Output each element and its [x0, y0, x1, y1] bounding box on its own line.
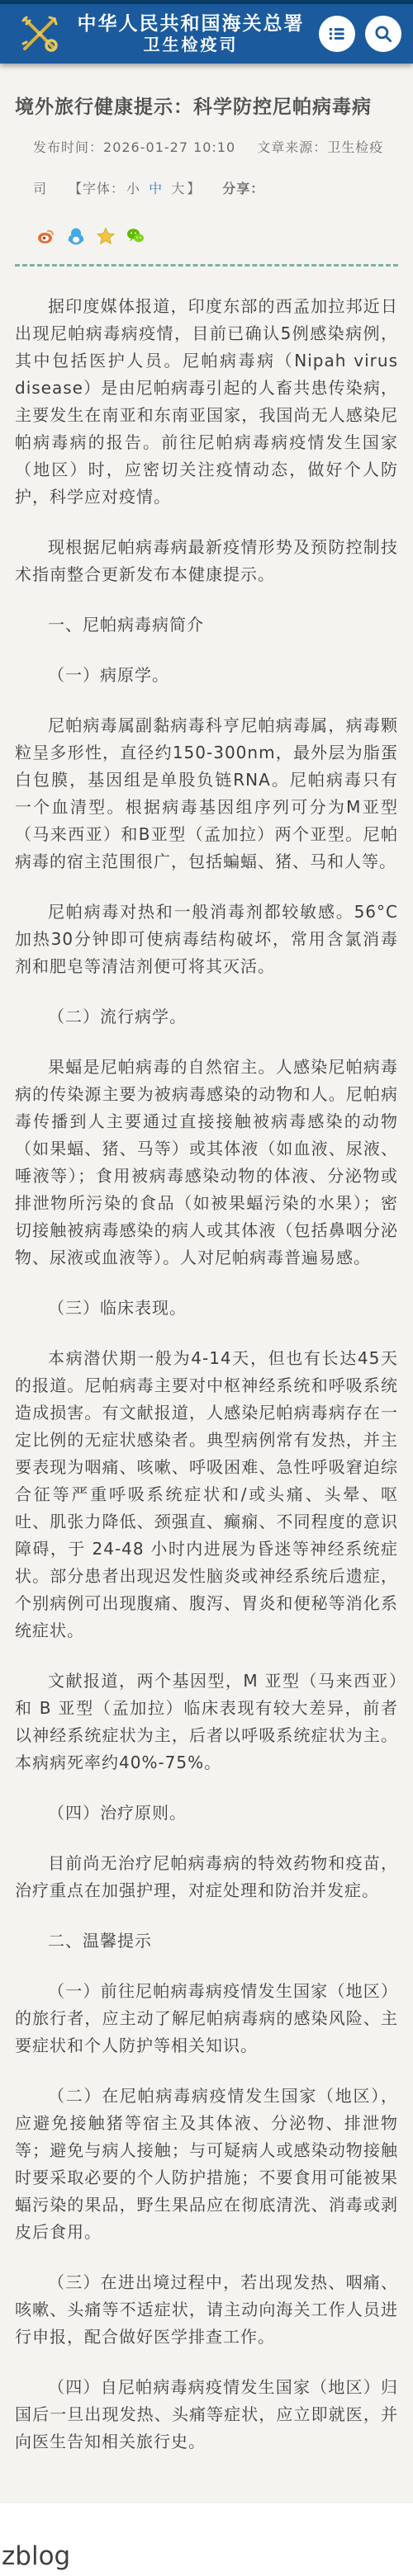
share-label: 分享：	[222, 181, 264, 196]
font-size-large-button[interactable]: 大	[169, 181, 187, 196]
page-footer: zblog	[0, 2503, 413, 2576]
article-paragraph: （二）在尼帕病毒病疫情发生国家（地区），应避免接触猪等宿主及其体液、分泌物、排泄…	[15, 2083, 398, 2246]
font-size-control: 【字体：小 中 大】	[69, 181, 201, 196]
article-body: 据印度媒体报道，印度东部的西孟加拉邦近日出现尼帕病毒病疫情，目前已确认5例感染病…	[0, 275, 413, 2503]
article-paragraph: （一）前往尼帕病毒病疫情发生国家（地区）的旅行者，应主动了解尼帕病毒病的感染风险…	[15, 1978, 398, 2059]
menu-button[interactable]	[319, 16, 355, 52]
article-paragraph: 据印度媒体报道，印度东部的西孟加拉邦近日出现尼帕病毒病疫情，目前已确认5例感染病…	[15, 293, 398, 511]
search-button[interactable]	[365, 16, 401, 52]
list-menu-icon	[326, 23, 348, 45]
search-icon	[373, 23, 394, 45]
qq-icon[interactable]	[66, 221, 86, 241]
article-paragraph: 文献报道，两个基因型，M 亚型（马来西亚）和 B 亚型（孟加拉）临床表现有较大差…	[15, 1668, 398, 1776]
font-size-small-button[interactable]: 小	[125, 181, 142, 196]
zblog-watermark: zblog	[0, 2541, 70, 2576]
font-size-medium-button[interactable]: 中	[147, 181, 164, 196]
wechat-icon[interactable]	[126, 221, 145, 241]
dashed-separator	[15, 264, 398, 267]
section-heading: 二、温馨提示	[15, 1927, 398, 1955]
favorite-star-icon[interactable]	[96, 221, 116, 241]
article-paragraph: 尼帕病毒属副黏病毒科亨尼帕病毒属，病毒颗粒呈多形性，直径约150-300nm，最…	[15, 712, 398, 875]
publish-time: 发布时间：2026-01-27 10:10	[33, 139, 235, 155]
section-heading: 一、尼帕病毒病简介	[15, 611, 398, 639]
article-meta: 发布时间：2026-01-27 10:10文章来源：卫生检疫司【字体：小 中 大…	[0, 124, 413, 251]
weibo-icon[interactable]	[36, 221, 56, 241]
article-paragraph: （三）在进出境过程中，若出现发热、咽痛、咳嗽、头痛等不适症状，请主动向海关工作人…	[15, 2269, 398, 2351]
site-header: 中华人民共和国海关总署 卫生检疫司	[0, 4, 413, 64]
article-paragraph: 尼帕病毒对热和一般消毒剂都较敏感。56°C加热30分钟即可使病毒结构破坏，常用含…	[15, 899, 398, 980]
article-paragraph: 果蝠是尼帕病毒的自然宿主。人感染尼帕病毒病的传染源主要为被病毒感染的动物和人。尼…	[15, 1054, 398, 1271]
subsection-heading: （三）临床表现。	[15, 1295, 398, 1322]
subsection-heading: （一）病原学。	[15, 662, 398, 689]
article-paragraph: 目前尚无治疗尼帕病毒病的特效药物和疫苗，治疗重点在加强护理，对症处理和防治并发症…	[15, 1850, 398, 1904]
org-name-line1: 中华人民共和国海关总署	[71, 13, 311, 35]
page-title: 境外旅行健康提示：科学防控尼帕病毒病	[0, 64, 413, 124]
subsection-heading: （四）治疗原则。	[15, 1800, 398, 1827]
org-name-line2: 卫生检疫司	[71, 35, 311, 54]
article-paragraph: 现根据尼帕病毒病最新疫情形势及预防控制技术指南整合更新发布本健康提示。	[15, 534, 398, 588]
subsection-heading: （二）流行病学。	[15, 1003, 398, 1031]
article-paragraph: （四）自尼帕病毒病疫情发生国家（地区）归国后一旦出现发热、头痛等症状，应立即就医…	[15, 2374, 398, 2456]
article-paragraph: 本病潜伏期一般为4-14天，但也有长达45天的报道。尼帕病毒主要对中枢神经系统和…	[15, 1345, 398, 1644]
org-name: 中华人民共和国海关总署 卫生检疫司	[71, 13, 311, 54]
customs-key-caduceus-emblem	[18, 12, 61, 55]
